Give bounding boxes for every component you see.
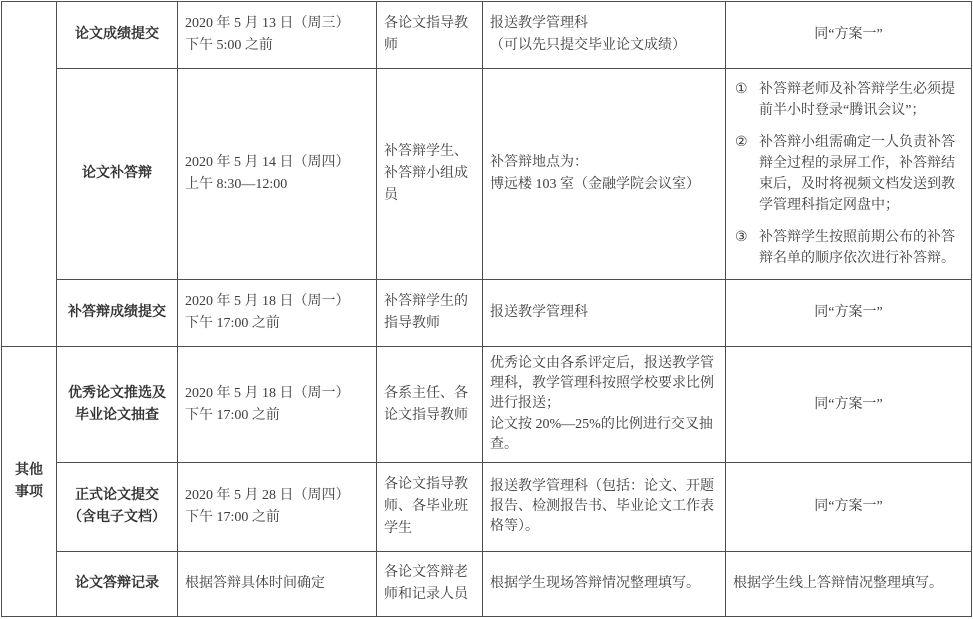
- table-row: 其他 事项 优秀论文推选及 毕业论文抽查 2020 年 5 月 18 日（周一）…: [2, 347, 972, 463]
- task-cell: 论文成绩提交: [57, 2, 178, 69]
- schedule-table: 论文成绩提交 2020 年 5 月 13 日（周三） 下午 5:00 之前 各论…: [1, 1, 972, 617]
- table-row: 补答辩成绩提交 2020 年 5 月 18 日（周一） 下午 17:00 之前 …: [2, 280, 972, 347]
- owner-cell: 补答辩学生的指导教师: [377, 280, 483, 347]
- document-page: 论文成绩提交 2020 年 5 月 13 日（周三） 下午 5:00 之前 各论…: [0, 0, 973, 619]
- owner-cell: 各论文指导教师、各毕业班学生: [377, 463, 483, 552]
- owner-cell: 补答辩学生、补答辩小组成员: [377, 69, 483, 280]
- time-cell: 根据答辩具体时间确定: [178, 552, 377, 617]
- time-cell: 2020 年 5 月 28 日（周四） 下午 17:00 之前: [178, 463, 377, 552]
- plan2-cell: 同“方案一”: [726, 2, 972, 69]
- time-cell: 2020 年 5 月 18 日（周一） 下午 17:00 之前: [178, 347, 377, 463]
- plan1-cell: 补答辩地点为： 博远楼 103 室（金融学院会议室）: [483, 69, 726, 280]
- plan2-cell: 根据学生线上答辩情况整理填写。: [726, 552, 972, 617]
- plan2-cell: 同“方案一”: [726, 463, 972, 552]
- note-item: ② 补答辩小组需确定一人负责补答辩全过程的录屏工作，补答辩结束后，及时将视频文档…: [733, 132, 964, 216]
- plan2-notes-cell: ① 补答辩老师及补答辩学生必须提前半小时登录“腾讯会议”； ② 补答辩小组需确定…: [726, 69, 972, 280]
- task-cell: 论文补答辩: [57, 69, 178, 280]
- category-cell-other-items: 其他 事项: [2, 347, 57, 617]
- task-cell: 优秀论文推选及 毕业论文抽查: [57, 347, 178, 463]
- note-text: 补答辩小组需确定一人负责补答辩全过程的录屏工作，补答辩结束后，及时将视频文档发送…: [759, 132, 964, 216]
- time-cell: 2020 年 5 月 18 日（周一） 下午 17:00 之前: [178, 280, 377, 347]
- note-marker: ①: [733, 79, 759, 100]
- task-cell: 正式论文提交 （含电子文档）: [57, 463, 178, 552]
- note-marker: ③: [733, 227, 759, 248]
- plan1-cell: 报送教学管理科（包括：论文、开题报告、检测报告书、毕业论文工作表格等）。: [483, 463, 726, 552]
- task-cell: 补答辩成绩提交: [57, 280, 178, 347]
- table-row: 论文补答辩 2020 年 5 月 14 日（周四） 上午 8:30—12:00 …: [2, 69, 972, 280]
- table-row: 论文成绩提交 2020 年 5 月 13 日（周三） 下午 5:00 之前 各论…: [2, 2, 972, 69]
- table-row: 论文答辩记录 根据答辩具体时间确定 各论文答辩老师和记录人员 根据学生现场答辩情…: [2, 552, 972, 617]
- note-marker: ②: [733, 132, 759, 153]
- plan1-cell: 报送教学管理科: [483, 280, 726, 347]
- time-cell: 2020 年 5 月 14 日（周四） 上午 8:30—12:00: [178, 69, 377, 280]
- category-cell-upper: [2, 2, 57, 347]
- plan2-cell: 同“方案一”: [726, 280, 972, 347]
- note-item: ③ 补答辩学生按照前期公布的补答辩名单的顺序依次进行补答辩。: [733, 227, 964, 269]
- owner-cell: 各论文指导教师: [377, 2, 483, 69]
- owner-cell: 各论文答辩老师和记录人员: [377, 552, 483, 617]
- time-cell: 2020 年 5 月 13 日（周三） 下午 5:00 之前: [178, 2, 377, 69]
- task-cell: 论文答辩记录: [57, 552, 178, 617]
- plan1-cell: 根据学生现场答辩情况整理填写。: [483, 552, 726, 617]
- owner-cell: 各系主任、各论文指导教师: [377, 347, 483, 463]
- note-text: 补答辩学生按照前期公布的补答辩名单的顺序依次进行补答辩。: [759, 227, 964, 269]
- table-row: 正式论文提交 （含电子文档） 2020 年 5 月 28 日（周四） 下午 17…: [2, 463, 972, 552]
- plan2-cell: 同“方案一”: [726, 347, 972, 463]
- plan1-cell: 优秀论文由各系评定后，报送教学管理科，教学管理科按照学校要求比例进行报送； 论文…: [483, 347, 726, 463]
- note-text: 补答辩老师及补答辩学生必须提前半小时登录“腾讯会议”；: [759, 79, 964, 121]
- plan1-cell: 报送教学管理科 （可以先只提交毕业论文成绩）: [483, 2, 726, 69]
- note-item: ① 补答辩老师及补答辩学生必须提前半小时登录“腾讯会议”；: [733, 79, 964, 121]
